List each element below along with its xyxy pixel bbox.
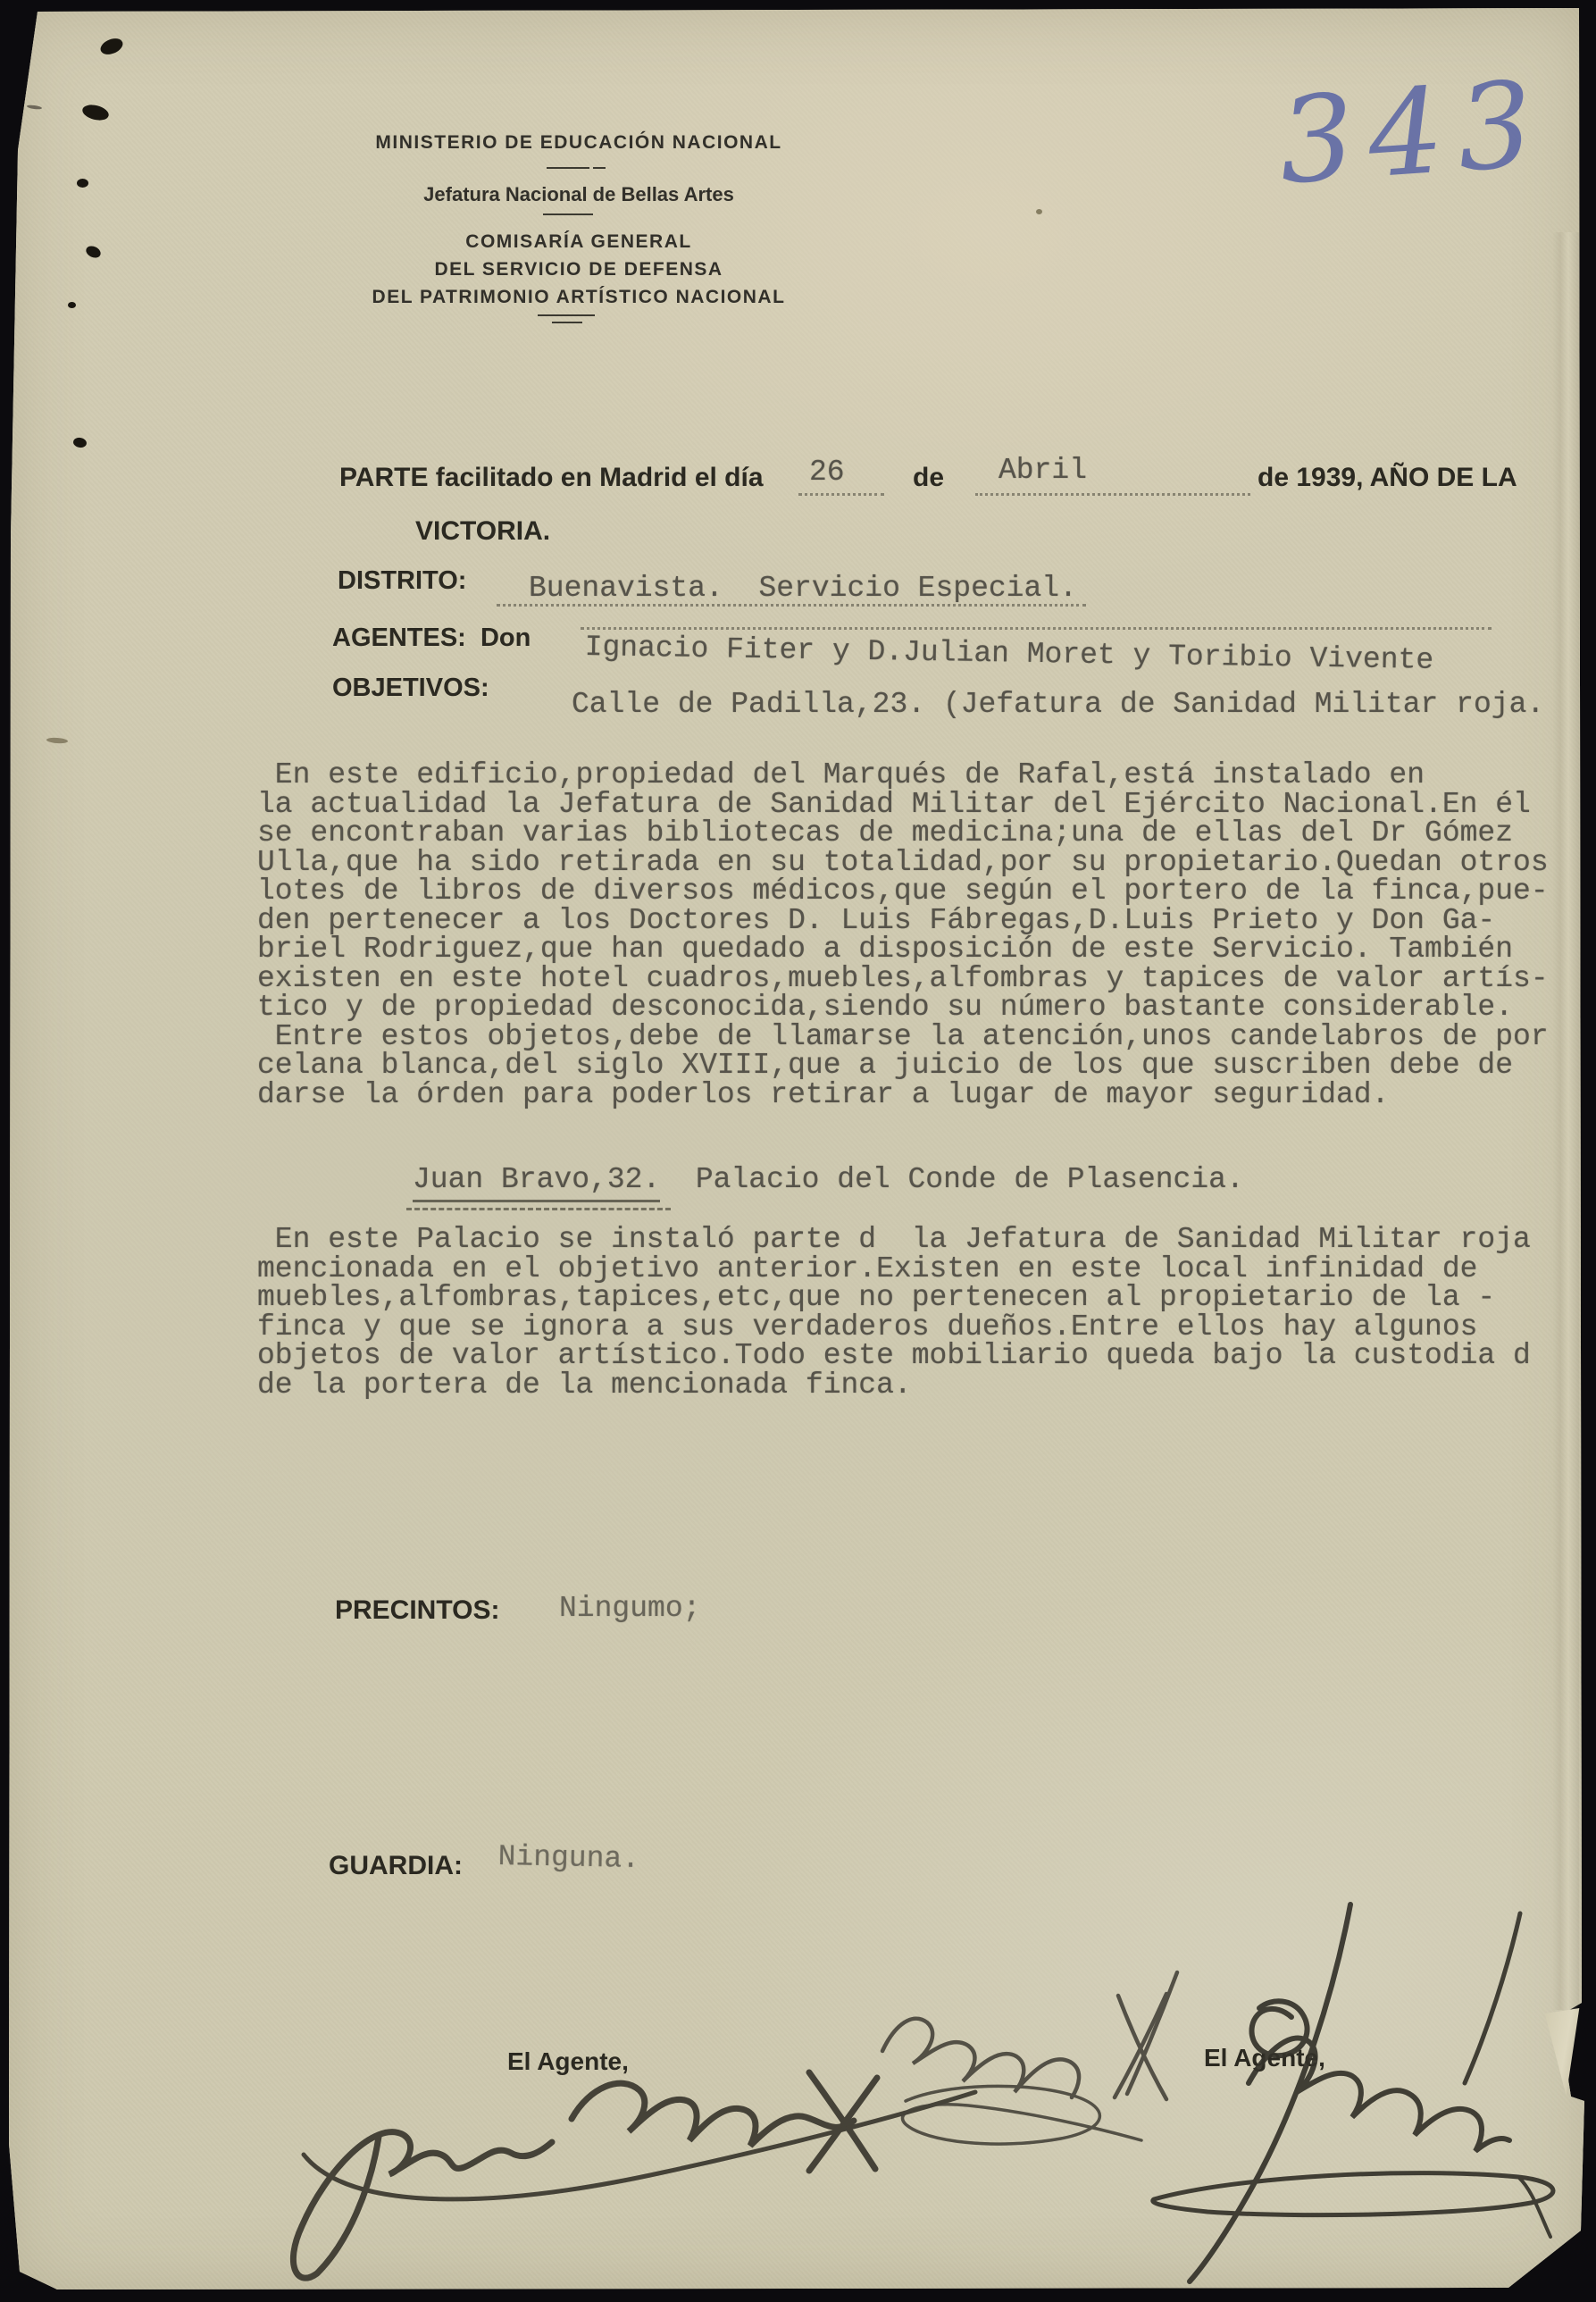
precintos-value-typed: Ningumo; bbox=[559, 1592, 700, 1625]
intro-suffix: de 1939, AÑO DE LA bbox=[1258, 463, 1517, 493]
paper-sheet bbox=[0, 0, 1596, 2302]
objetivos-value-typed: Calle de Padilla,23. (Jefatura de Sanida… bbox=[572, 688, 1544, 721]
typed-line: existen en este hotel cuadros,muebles,al… bbox=[257, 965, 1549, 994]
objective1-paragraph: En este edificio,propiedad del Marqués d… bbox=[257, 761, 1549, 1109]
typed-line: finca y que se ignora a sus verdaderos d… bbox=[257, 1313, 1531, 1343]
precintos-label: PRECINTOS: bbox=[335, 1595, 499, 1626]
typed-line: En este edificio,propiedad del Marqués d… bbox=[257, 761, 1549, 791]
typed-line: En este Palacio se instaló parte d la Je… bbox=[257, 1226, 1531, 1255]
letterhead-divider bbox=[552, 322, 582, 323]
distrito-value-typed: Buenavista. Servicio Especial. bbox=[529, 572, 1077, 605]
binding-mark bbox=[68, 302, 76, 308]
binding-mark bbox=[77, 179, 88, 188]
letterhead-divider bbox=[547, 167, 589, 169]
typed-line: celana blanca,del siglo XVIII,que a juic… bbox=[257, 1051, 1549, 1081]
typed-line: se encontraban varias bibliotecas de med… bbox=[257, 819, 1549, 849]
agentes-label: AGENTES: Don bbox=[332, 624, 531, 653]
typed-line: lotes de libros de diversos médicos,que … bbox=[257, 877, 1549, 907]
letterhead-commissariat-line2: DEL SERVICIO DE DEFENSA bbox=[293, 259, 865, 280]
typed-line: la actualidad la Jefatura de Sanidad Mil… bbox=[257, 791, 1549, 820]
heading-gap bbox=[660, 1163, 696, 1196]
agent-label-left: El Agente, bbox=[507, 2047, 629, 2076]
typed-line: darse la órden para poderlos retirar a l… bbox=[257, 1081, 1549, 1110]
letterhead-divider bbox=[543, 213, 593, 215]
objective2-address: Juan Bravo,32. bbox=[413, 1163, 660, 1202]
typed-line: de la portera de la mencionada finca. bbox=[257, 1371, 1531, 1401]
letterhead-ministry: MINISTERIO DE EDUCACIÓN NACIONAL bbox=[293, 132, 865, 154]
agent-label-right: El Agente, bbox=[1204, 2044, 1325, 2072]
intro-connector: de bbox=[913, 463, 944, 493]
objective2-paragraph: En este Palacio se instaló parte d la Je… bbox=[257, 1226, 1531, 1400]
intro-day-typed: 26 bbox=[809, 456, 845, 489]
letterhead-commissariat-line1: COMISARÍA GENERAL bbox=[293, 231, 865, 253]
typed-line: tico y de propiedad desconocida,siendo s… bbox=[257, 993, 1549, 1023]
form-dotted-line bbox=[497, 604, 1086, 607]
letterhead-divider bbox=[538, 314, 595, 316]
typed-line: Entre estos objetos,debe de llamarse la … bbox=[257, 1023, 1549, 1052]
typed-line: den pertenecer a los Doctores D. Luis Fá… bbox=[257, 907, 1549, 936]
guardia-value-typed: Ninguna. bbox=[497, 1840, 639, 1876]
scanned-document-page: 343 MINISTERIO DE EDUCACIÓN NACIONAL Jef… bbox=[0, 0, 1596, 2302]
objective2-heading: Juan Bravo,32. Palacio del Conde de Plas… bbox=[413, 1163, 1244, 1196]
guardia-label: GUARDIA: bbox=[329, 1851, 463, 1881]
intro-second-line: VICTORIA. bbox=[415, 516, 550, 547]
intro-prefix: PARTE facilitado en Madrid el día bbox=[339, 463, 764, 493]
typed-line: objetos de valor artístico.Todo este mob… bbox=[257, 1342, 1531, 1371]
paper-speck bbox=[1036, 209, 1042, 214]
typed-line: briel Rodriguez,que han quedado a dispos… bbox=[257, 935, 1549, 965]
heading-double-underline bbox=[406, 1208, 671, 1210]
typed-line: Ulla,que ha sido retirada en su totalida… bbox=[257, 849, 1549, 878]
form-dotted-line bbox=[975, 493, 1250, 496]
typed-line: mencionada en el objetivo anterior.Exist… bbox=[257, 1255, 1531, 1285]
letterhead-department: Jefatura Nacional de Bellas Artes bbox=[293, 183, 865, 206]
letterhead-divider bbox=[593, 167, 606, 169]
folio-number-handwritten: 343 bbox=[1274, 55, 1551, 212]
typed-line: muebles,alfombras,tapices,etc,que no per… bbox=[257, 1284, 1531, 1313]
distrito-label: DISTRITO: bbox=[338, 566, 466, 596]
objective2-palace-name: Palacio del Conde de Plasencia. bbox=[696, 1163, 1244, 1196]
form-dotted-line bbox=[798, 493, 884, 496]
intro-month-typed: Abril bbox=[999, 454, 1087, 487]
paper-crease bbox=[1552, 232, 1579, 2010]
form-dotted-line bbox=[581, 627, 1492, 630]
objetivos-label: OBJETIVOS: bbox=[332, 674, 489, 703]
letterhead-commissariat-line3: DEL PATRIMONIO ARTÍSTICO NACIONAL bbox=[293, 287, 865, 308]
